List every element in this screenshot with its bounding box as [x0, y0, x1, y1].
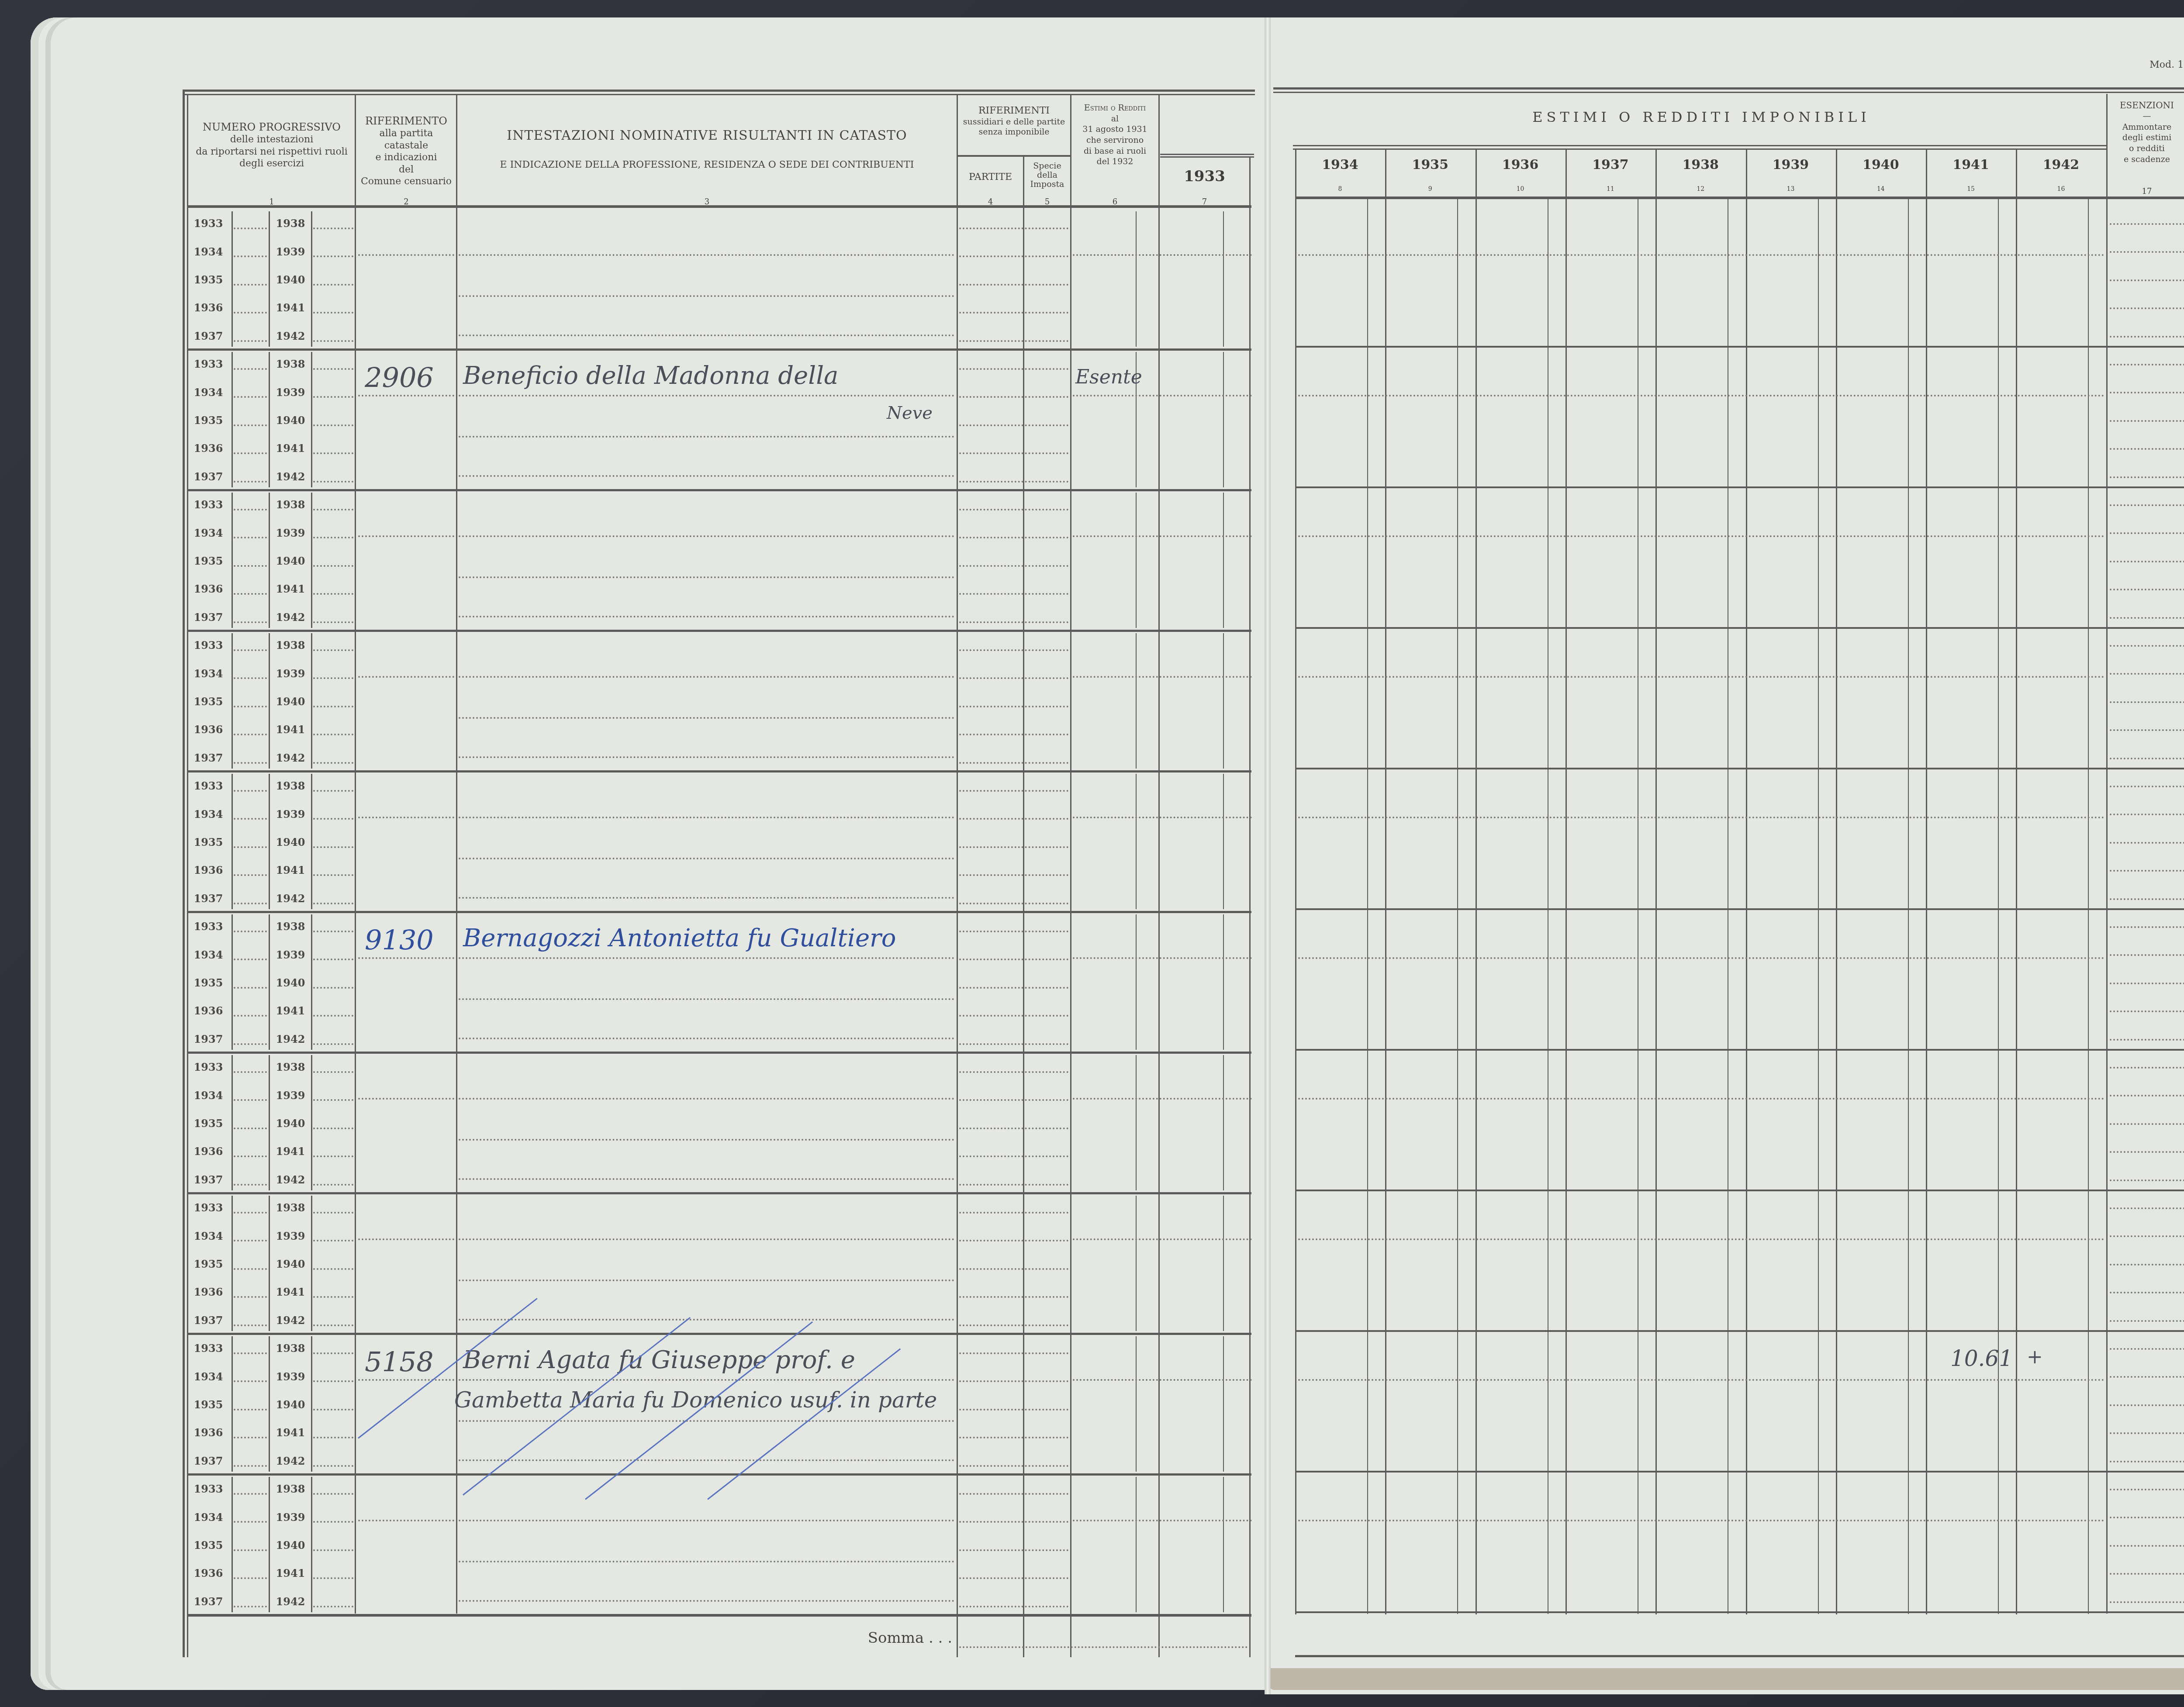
dotted-line	[959, 1043, 1068, 1045]
dotted-line	[1298, 957, 2105, 959]
dotted-line	[358, 535, 454, 537]
year-label: 1940	[271, 273, 310, 286]
block-rule	[188, 1614, 1251, 1617]
dotted-line	[1073, 676, 1252, 678]
year-label: 1934	[189, 527, 228, 539]
dotted-line	[2110, 1461, 2184, 1462]
dotted-line	[459, 817, 954, 818]
dotted-line	[313, 255, 353, 257]
dotted-line	[313, 790, 353, 792]
year-header-1937: 1937	[1565, 157, 1655, 172]
block-rule	[1295, 346, 2184, 348]
dotted-line	[313, 762, 353, 764]
year-label: 1937	[189, 1173, 228, 1186]
year-col-number: 11	[1565, 186, 1655, 193]
dotted-line	[959, 1071, 1068, 1073]
dotted-line	[234, 1409, 267, 1410]
col1-subdivider	[269, 1055, 270, 1190]
year-label: 1938	[271, 920, 310, 933]
dotted-line	[234, 1184, 267, 1186]
dotted-line	[959, 452, 1068, 454]
col1-subdivider	[269, 1477, 270, 1612]
dotted-line	[2110, 1348, 2184, 1350]
dotted-line	[313, 1521, 353, 1523]
dotted-line	[234, 1099, 267, 1101]
dotted-line	[234, 509, 267, 510]
year-col-sep	[1836, 149, 1837, 1614]
year-col-sep	[2016, 149, 2017, 1614]
dotted-line	[959, 959, 1068, 960]
col7-subdivider	[1223, 774, 1224, 909]
dotted-line	[234, 1043, 267, 1045]
year-label: 1939	[271, 386, 310, 399]
year-col-number: 14	[1836, 186, 1926, 193]
year-label: 1941	[271, 864, 310, 876]
dotted-line	[313, 621, 353, 623]
col1-subdivider	[311, 1055, 312, 1190]
dotted-line	[234, 1212, 267, 1214]
year-label: 1936	[189, 1286, 228, 1298]
block-rule	[1295, 1049, 2184, 1051]
dotted-line	[2110, 814, 2184, 815]
year-label: 1933	[189, 358, 228, 370]
dotted-line	[959, 931, 1068, 932]
dotted-line	[313, 1352, 353, 1354]
year-label: 1938	[271, 1061, 310, 1073]
year-label: 1942	[271, 611, 310, 624]
header-bottom-rule	[188, 205, 1251, 208]
dotted-line	[313, 874, 353, 876]
dotted-line	[313, 228, 353, 229]
dotted-line	[959, 228, 1068, 229]
partita-number: 5158	[365, 1346, 434, 1378]
dotted-line	[459, 858, 954, 859]
dotted-line	[234, 874, 267, 876]
dotted-line	[313, 1268, 353, 1270]
dotted-line	[2110, 1095, 2184, 1097]
year-col-subdivider	[1638, 199, 1638, 1614]
dotted-line	[234, 621, 267, 623]
dotted-line	[234, 452, 267, 454]
dotted-line	[1298, 1520, 2105, 1521]
dotted-line	[313, 1549, 353, 1551]
col6-subdivider	[1136, 633, 1137, 769]
col6-subdivider	[1136, 914, 1137, 1050]
year-header-1942: 1942	[2016, 157, 2106, 172]
dotted-line	[313, 396, 353, 398]
dotted-line	[313, 903, 353, 904]
form-code: Mod. 111 - Imposte Dirette (Intercalare)…	[2140, 59, 2184, 71]
dotted-line	[2110, 1545, 2184, 1547]
col7-header-divider-b	[1160, 156, 1254, 158]
year-label: 1939	[271, 1230, 310, 1242]
year-label: 1935	[189, 1398, 228, 1411]
year-label: 1942	[271, 470, 310, 483]
dotted-line	[459, 717, 954, 719]
somma-label: Somma . . .	[821, 1629, 952, 1648]
year-label: 1940	[271, 836, 310, 848]
value-1941: 10.61	[1950, 1346, 2013, 1371]
dotted-line	[959, 1212, 1068, 1214]
dotted-line	[1073, 817, 1252, 818]
frame-left	[183, 90, 185, 1657]
dotted-line	[2110, 926, 2184, 928]
col3-header-title: INTESTAZIONI NOMINATIVE RISULTANTI IN CA…	[457, 128, 957, 144]
year-label: 1933	[189, 1342, 228, 1355]
somma-dotted-line	[959, 1646, 1248, 1648]
year-label: 1934	[189, 386, 228, 399]
dotted-line	[959, 1549, 1068, 1551]
col1-subdivider	[269, 493, 270, 628]
year-label: 1940	[271, 1258, 310, 1270]
year-label: 1939	[271, 527, 310, 539]
dotted-line	[1298, 1098, 2105, 1100]
dotted-line	[313, 1577, 353, 1579]
dotted-line	[2110, 1601, 2184, 1603]
year-col-sep	[1385, 149, 1386, 1614]
dotted-line	[2110, 898, 2184, 900]
right-page	[1269, 17, 2184, 1694]
dotted-line	[313, 846, 353, 848]
year-label: 1939	[271, 808, 310, 821]
dotted-line	[313, 1212, 353, 1214]
dotted-line	[2110, 1179, 2184, 1181]
year-label: 1942	[271, 892, 310, 905]
dotted-line	[459, 1600, 954, 1602]
dotted-line	[959, 565, 1068, 567]
dotted-line	[313, 481, 353, 483]
dotted-line	[2110, 279, 2184, 281]
dotted-line	[1073, 535, 1252, 537]
col1-subdivider	[232, 914, 233, 1050]
dotted-line	[1298, 1238, 2105, 1240]
dotted-line	[234, 846, 267, 848]
dotted-line	[959, 1380, 1068, 1382]
dotted-line	[2110, 1320, 2184, 1322]
year-label: 1937	[189, 470, 228, 483]
col1-subdivider	[311, 211, 312, 347]
year-col-subdivider	[1548, 199, 1548, 1614]
dotted-line	[313, 565, 353, 567]
dotted-line	[313, 1437, 353, 1438]
year-label: 1936	[189, 301, 228, 314]
dotted-line	[459, 1319, 954, 1321]
dotted-line	[959, 649, 1068, 651]
year-label: 1933	[189, 217, 228, 230]
dotted-line	[234, 1015, 267, 1017]
year-label: 1942	[271, 1455, 310, 1467]
dotted-line	[1073, 254, 1252, 256]
dotted-line	[313, 1465, 353, 1467]
dotted-line	[959, 1577, 1068, 1579]
dotted-line	[459, 295, 954, 297]
dotted-line	[959, 593, 1068, 595]
year-label: 1941	[271, 1145, 310, 1158]
dotted-line	[459, 475, 954, 477]
year-label: 1935	[189, 1258, 228, 1270]
dotted-line	[1298, 817, 2105, 818]
dotted-line	[959, 818, 1068, 820]
dotted-line	[313, 1493, 353, 1495]
year-label: 1942	[271, 1314, 310, 1327]
dotted-line	[2110, 532, 2184, 534]
dotted-line	[234, 1493, 267, 1495]
dotted-line	[234, 1549, 267, 1551]
year-label: 1941	[271, 723, 310, 736]
intestazione-line-1: Berni Agata fu Giuseppe prof. e	[463, 1346, 855, 1374]
year-label: 1933	[189, 1483, 228, 1495]
dotted-line	[234, 790, 267, 792]
year-label: 1940	[271, 555, 310, 567]
dotted-line	[358, 676, 454, 678]
dotted-line	[2110, 786, 2184, 787]
dotted-line	[313, 368, 353, 370]
year-label: 1941	[271, 1567, 310, 1579]
col1-subdivider	[269, 352, 270, 487]
dotted-line	[959, 1409, 1068, 1410]
col1-subdivider	[232, 1055, 233, 1190]
dotted-line	[959, 368, 1068, 370]
dotted-line	[2110, 954, 2184, 956]
dotted-line	[959, 790, 1068, 792]
year-label: 1935	[189, 1539, 228, 1552]
dotted-line	[459, 756, 954, 758]
year-label: 1941	[271, 1004, 310, 1017]
year-label: 1934	[189, 245, 228, 258]
col7-subdivider	[1223, 352, 1224, 487]
year-col-sep	[1926, 149, 1927, 1614]
year-label: 1939	[271, 948, 310, 961]
year-col-subdivider	[1367, 199, 1368, 1614]
dotted-line	[2110, 1010, 2184, 1012]
page-edges	[1269, 1668, 2184, 1690]
dotted-line	[959, 621, 1068, 623]
year-label: 1936	[189, 1004, 228, 1017]
col6-subdivider	[1136, 1055, 1137, 1190]
year-label: 1937	[189, 1314, 228, 1327]
dotted-line	[234, 565, 267, 567]
col-sep-16-17	[2106, 94, 2108, 1614]
dotted-line	[234, 931, 267, 932]
block-rule	[188, 630, 1251, 632]
dotted-line	[459, 1379, 954, 1381]
year-label: 1933	[189, 779, 228, 792]
year-col-sep	[1476, 149, 1477, 1614]
col1-subdivider	[232, 1336, 233, 1472]
dotted-line	[959, 312, 1068, 314]
year-col-sep	[1295, 149, 1296, 1614]
dotted-line	[2110, 392, 2184, 393]
col7-subdivider	[1223, 1196, 1224, 1331]
col1-header: NUMERO PROGRESSIVO delle intestazioni da…	[189, 121, 355, 170]
dotted-line	[2110, 589, 2184, 590]
year-col-number: 12	[1655, 186, 1745, 193]
dotted-line	[313, 452, 353, 454]
dotted-line	[358, 1520, 454, 1521]
dotted-line	[459, 1459, 954, 1461]
col7-subdivider	[1223, 1336, 1224, 1472]
year-label: 1937	[189, 1033, 228, 1045]
dotted-line	[459, 1098, 954, 1100]
year-col-subdivider	[1908, 199, 1909, 1614]
col-sep-2-3	[456, 94, 457, 1614]
dotted-line	[313, 1380, 353, 1382]
year-label: 1941	[271, 301, 310, 314]
dotted-line	[358, 395, 454, 397]
col7-subdivider	[1223, 493, 1224, 628]
year-label: 1934	[189, 808, 228, 821]
col7-header-divider-a	[1160, 154, 1254, 155]
col-sep-3-4	[957, 94, 958, 1657]
dotted-line	[234, 734, 267, 735]
dotted-line	[2110, 1432, 2184, 1434]
col7-subdivider	[1223, 1477, 1224, 1612]
year-label: 1933	[189, 1201, 228, 1214]
dotted-line	[2110, 561, 2184, 562]
year-col-subdivider	[1728, 199, 1728, 1614]
col1-subdivider	[232, 774, 233, 909]
year-label: 1936	[189, 864, 228, 876]
col7-year-header: 1933	[1160, 168, 1249, 185]
dotted-line	[2110, 223, 2184, 225]
dotted-line	[459, 395, 954, 397]
book-gutter	[1265, 17, 1271, 1694]
dotted-line	[313, 537, 353, 538]
year-label: 1939	[271, 1089, 310, 1102]
col1-subdivider	[269, 1336, 270, 1472]
frame-top-inner	[1273, 92, 2184, 93]
year-header-1940: 1940	[1836, 157, 1926, 172]
col1-subdivider	[311, 1196, 312, 1331]
dotted-line	[234, 677, 267, 679]
dotted-line	[959, 1465, 1068, 1467]
dotted-line	[959, 481, 1068, 483]
year-label: 1938	[271, 498, 310, 511]
header-bottom-rule	[1295, 197, 2184, 199]
col17-number: 17	[2108, 187, 2184, 196]
year-col-subdivider	[1998, 199, 1999, 1614]
year-label: 1934	[189, 1511, 228, 1524]
dotted-line	[234, 1240, 267, 1241]
dotted-line	[234, 537, 267, 538]
block-rule	[188, 911, 1251, 913]
dotted-line	[959, 903, 1068, 904]
col-sep-5-6	[1070, 94, 1071, 1657]
dotted-line	[234, 1155, 267, 1157]
block-rule	[188, 770, 1251, 772]
intestazione-line-2: Neve	[887, 403, 933, 423]
dotted-line	[234, 1128, 267, 1129]
block-rule	[188, 1333, 1251, 1335]
col1-subdivider	[269, 633, 270, 769]
dotted-line	[234, 228, 267, 229]
dotted-line	[959, 1015, 1068, 1017]
year-col-subdivider	[1818, 199, 1819, 1614]
dotted-line	[959, 1240, 1068, 1241]
dotted-line	[459, 616, 954, 617]
col3-header-subtitle: E INDICAZIONE DELLA PROFESSIONE, RESIDEN…	[457, 159, 957, 171]
year-col-sep	[1655, 149, 1657, 1614]
somma-rule	[1295, 1655, 2184, 1657]
year-label: 1941	[271, 1286, 310, 1298]
dotted-line	[1073, 1520, 1252, 1521]
year-label: 1937	[189, 1595, 228, 1608]
year-label: 1938	[271, 1201, 310, 1214]
dotted-line	[2110, 1235, 2184, 1237]
col7-subdivider	[1223, 914, 1224, 1050]
dotted-line	[234, 1071, 267, 1073]
col1-subdivider	[269, 774, 270, 909]
year-label: 1934	[189, 1089, 228, 1102]
col2-header: RIFERIMENTO alla partita catastale e ind…	[356, 114, 456, 188]
intestazione-line-1: Bernagozzi Antonietta fu Gualtiero	[463, 924, 896, 952]
year-label: 1936	[189, 442, 228, 455]
intestazione-line-2: Gambetta Maria fu Domenico usuf. in part…	[454, 1387, 937, 1413]
col1-subdivider	[269, 211, 270, 347]
dotted-line	[2110, 1517, 2184, 1518]
dotted-line	[234, 903, 267, 904]
col1-subdivider	[311, 493, 312, 628]
year-label: 1934	[189, 1230, 228, 1242]
dotted-line	[2110, 1292, 2184, 1293]
dotted-line	[959, 762, 1068, 764]
year-label: 1935	[189, 414, 228, 427]
year-header-1934: 1934	[1295, 157, 1385, 172]
year-label: 1939	[271, 245, 310, 258]
col1-subdivider	[232, 1196, 233, 1331]
dotted-line	[313, 1043, 353, 1045]
dotted-line	[313, 1296, 353, 1298]
col6-subdivider	[1136, 211, 1137, 347]
dotted-line	[234, 1352, 267, 1354]
dotted-line	[234, 1324, 267, 1326]
dotted-line	[1073, 395, 1252, 397]
dotted-line	[959, 1155, 1068, 1157]
dotted-line	[959, 1324, 1068, 1326]
dotted-line	[1298, 676, 2105, 678]
col1-subdivider	[232, 1477, 233, 1612]
year-label: 1936	[189, 723, 228, 736]
dotted-line	[2110, 251, 2184, 253]
dotted-line	[234, 987, 267, 989]
dotted-line	[358, 1379, 454, 1381]
year-label: 1939	[271, 1370, 310, 1383]
dotted-line	[2110, 1067, 2184, 1069]
dotted-line	[2110, 758, 2184, 759]
col-sep-7-end	[1249, 157, 1251, 1657]
frame-top	[183, 90, 1255, 92]
dotted-line	[234, 1437, 267, 1438]
year-col-number: 15	[1926, 186, 2016, 193]
dotted-line	[358, 1238, 454, 1240]
col-sep-1-2	[355, 94, 356, 1614]
year-label: 1936	[189, 1145, 228, 1158]
dotted-line	[959, 509, 1068, 510]
year-label: 1937	[189, 752, 228, 764]
col6-subdivider	[1136, 1477, 1137, 1612]
dotted-line	[313, 1324, 353, 1326]
year-label: 1934	[189, 667, 228, 680]
block-rule	[188, 489, 1251, 491]
dotted-line	[459, 335, 954, 336]
dotted-line	[459, 676, 954, 678]
dotted-line	[234, 1296, 267, 1298]
block-rule	[1295, 768, 2184, 769]
col7-subdivider	[1223, 1055, 1224, 1190]
dotted-line	[959, 987, 1068, 989]
col7-subdivider	[1223, 633, 1224, 769]
dotted-line	[234, 1465, 267, 1467]
